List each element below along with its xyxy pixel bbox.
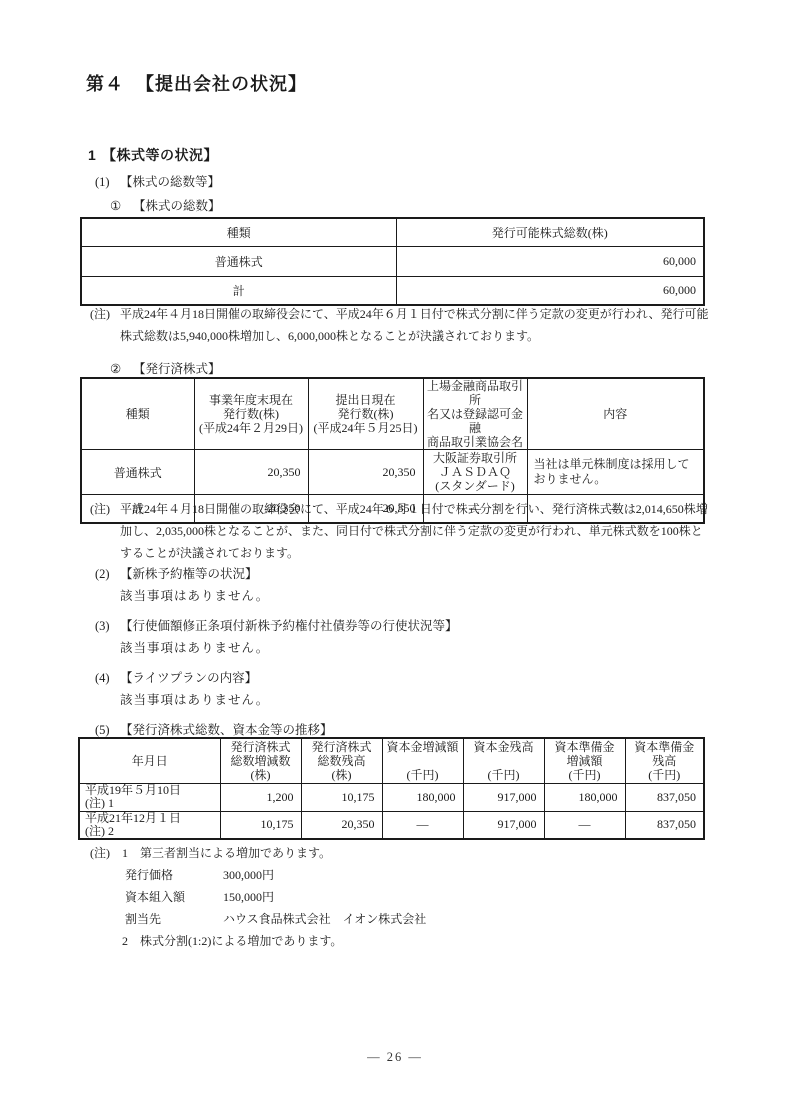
cell-capital-balance: 917,000: [463, 783, 544, 811]
cell-description: 当社は単元株制度は採用しておりません。: [527, 450, 704, 495]
page-title-text: 【提出会社の状況】: [136, 74, 307, 94]
col-header-shares-change: 発行済株式 総数増減数 (株): [220, 738, 301, 783]
col-header-authorized-total: 発行可能株式総数(株): [396, 218, 704, 246]
col-header-fy-end-issued: 事業年度末現在 発行数(株) (平成24年２月29日): [194, 378, 308, 450]
section-title: 【ライツプランの内容】: [120, 671, 257, 685]
cell-shares-change: 1,200: [220, 783, 301, 811]
authorized-shares-table: 種類 発行可能株式総数(株) 普通株式 60,000 計 60,000: [80, 217, 705, 306]
section-title: 【新株予約権等の状況】: [120, 567, 258, 581]
cell-reserve-balance: 837,050: [625, 811, 704, 839]
authorized-shares-note: (注) 平成24年４月18日開催の取締役会にて、平成24年６月１日付で株式分割に…: [90, 303, 710, 347]
note-text: 平成24年４月18日開催の取締役会にて、平成24年６月１日付で株式分割に伴う定款…: [120, 303, 710, 347]
col-header-shares-balance: 発行済株式 総数残高 (株): [301, 738, 382, 783]
col-header-type: 種類: [81, 218, 396, 246]
cell-dash: ―: [544, 811, 625, 839]
row-label-common-stock: 普通株式: [81, 246, 396, 276]
note-label: (注): [90, 303, 120, 347]
cell-dash: ―: [382, 811, 463, 839]
col-header-reserve-balance: 資本準備金 残高 (千円): [625, 738, 704, 783]
col-header-exchange: 上場金融商品取引所 名又は登録認可金融 商品取引業協会名: [423, 378, 527, 450]
cell-common-stock-total: 60,000: [396, 246, 704, 276]
cell-shares-balance: 20,350: [301, 811, 382, 839]
note-detail-key: 資本組入額: [125, 889, 185, 905]
section-number: (5): [95, 723, 120, 738]
section-title: 【行使価額修正条項付新株予約権付社債券等の行使状況等】: [120, 619, 458, 633]
section-number: (3): [95, 619, 120, 634]
section-heading-issued-shares: ②【発行済株式】: [110, 359, 221, 377]
col-header-capital-balance: 資本金残高 (千円): [463, 738, 544, 783]
note-detail-key: 割当先: [125, 911, 161, 927]
note-detail-value: 150,000円: [223, 889, 274, 905]
section-heading-moving-strike: (3)【行使価額修正条項付新株予約権付社債券等の行使状況等】: [95, 616, 458, 634]
col-header-reserve-change: 資本準備金 増減額 (千円): [544, 738, 625, 783]
section-heading-total-group: (1)【株式の総数等】: [95, 172, 220, 190]
section-heading-rights-plan: (4)【ライツプランの内容】: [95, 668, 257, 686]
cell-capital-change: 180,000: [382, 783, 463, 811]
section-body-rights-plan: 該当事項はありません。: [120, 690, 269, 708]
note-item-number: 2: [122, 933, 128, 949]
col-header-description: 内容: [527, 378, 704, 450]
section-body-warrants: 該当事項はありません。: [120, 586, 269, 604]
section-number: (2): [95, 567, 120, 582]
section-heading-shares: 1【株式等の状況】: [88, 145, 218, 165]
cell-shares-balance: 10,175: [301, 783, 382, 811]
section-title: 【発行済株式総数、資本金等の推移】: [120, 723, 333, 737]
section-heading-capital-history: (5)【発行済株式総数、資本金等の推移】: [95, 720, 333, 738]
section-number: ①: [110, 198, 133, 214]
note-text: 平成24年４月18日開催の取締役会にて、平成24年６月１日付で株式分割を行い、発…: [120, 498, 710, 564]
section-number: ②: [110, 361, 133, 377]
col-header-date: 年月日: [79, 738, 220, 783]
cell-exchange: 大阪証券取引所 ＪＡＳＤＡＱ (スタンダード): [423, 450, 527, 495]
page-title: 第４【提出会社の状況】: [86, 70, 307, 96]
note-item-text: 株式分割(1:2)による増加であります。: [140, 933, 342, 949]
note-detail-value: 300,000円: [223, 867, 274, 883]
section-title: 【発行済株式】: [133, 362, 221, 376]
section-number: (1): [95, 175, 120, 190]
section-number: (4): [95, 671, 120, 686]
note-label: (注): [90, 498, 120, 564]
col-header-filing-date-issued: 提出日現在 発行数(株) (平成24年５月25日): [308, 378, 423, 450]
capital-history-table: 年月日 発行済株式 総数増減数 (株) 発行済株式 総数残高 (株) 資本金増減…: [78, 737, 705, 840]
cell-reserve-balance: 837,050: [625, 783, 704, 811]
row-label-date: 平成19年５月10日 (注) 1: [79, 783, 220, 811]
page-title-number: 第４: [86, 74, 124, 94]
note-label: (注): [90, 845, 110, 861]
section-body-moving-strike: 該当事項はありません。: [120, 638, 269, 656]
cell-reserve-change: 180,000: [544, 783, 625, 811]
issued-shares-note: (注) 平成24年４月18日開催の取締役会にて、平成24年６月１日付で株式分割を…: [90, 498, 710, 564]
section-title: 【株式の総数等】: [120, 175, 220, 189]
document-page: 第４【提出会社の状況】 1【株式等の状況】 (1)【株式の総数等】 ①【株式の総…: [0, 0, 790, 1118]
note-item-number: 1: [122, 845, 128, 861]
row-label-date: 平成21年12月１日 (注) 2: [79, 811, 220, 839]
note-detail-key: 発行価格: [125, 867, 173, 883]
note-item-text: 第三者割当による増加であります。: [140, 845, 331, 861]
cell-filing-date-issued: 20,350: [308, 450, 423, 495]
row-label-total: 計: [81, 276, 396, 305]
note-detail-value: ハウス食品株式会社 イオン株式会社: [223, 911, 426, 927]
section-heading-warrants: (2)【新株予約権等の状況】: [95, 564, 258, 582]
cell-shares-change: 10,175: [220, 811, 301, 839]
cell-fy-end-issued: 20,350: [194, 450, 308, 495]
col-header-type: 種類: [81, 378, 194, 450]
cell-grand-total: 60,000: [396, 276, 704, 305]
page-number: ― 26 ―: [0, 1050, 790, 1065]
section-title: 【株式等の状況】: [102, 147, 218, 163]
section-number: 1: [88, 147, 102, 163]
section-title: 【株式の総数】: [133, 199, 221, 213]
section-heading-total-shares: ①【株式の総数】: [110, 196, 221, 214]
cell-capital-balance: 917,000: [463, 811, 544, 839]
row-label-common-stock: 普通株式: [81, 450, 194, 495]
col-header-capital-change: 資本金増減額 (千円): [382, 738, 463, 783]
